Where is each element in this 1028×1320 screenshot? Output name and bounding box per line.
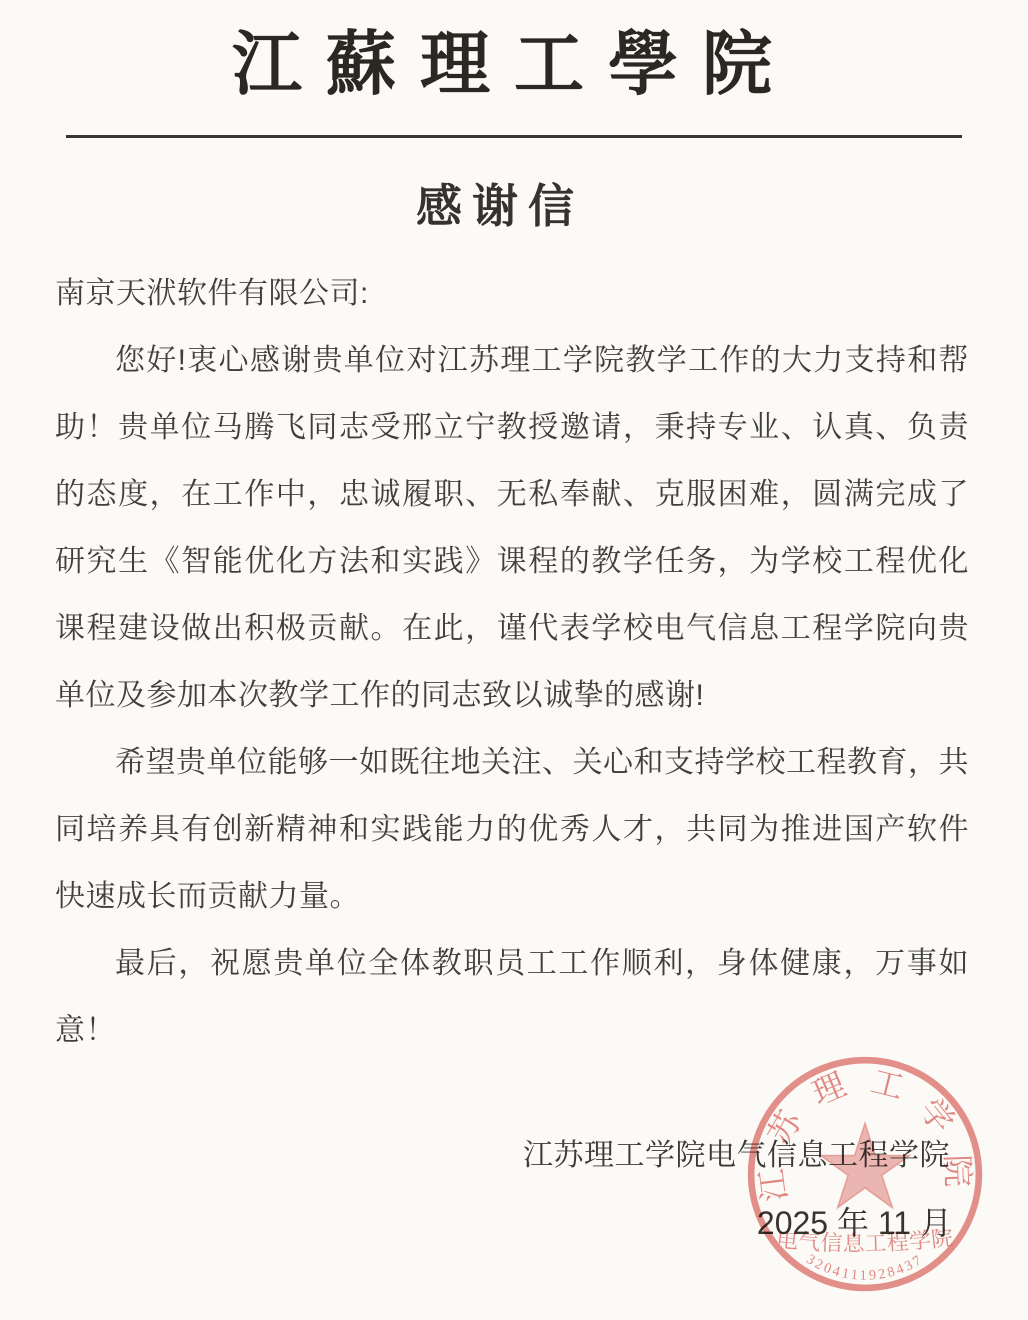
header-divider-line xyxy=(66,135,962,138)
letter-paragraph: 最后，祝愿贵单位全体教职员工工作顺利，身体健康，万事如意！ xyxy=(55,930,969,1064)
star-icon xyxy=(821,1123,910,1208)
salutation: 南京天洑软件有限公司: xyxy=(55,260,969,327)
university-calligraphy-title: 江蘇理工學院 xyxy=(0,12,1028,116)
letter-paragraph: 您好!衷心感谢贵单位对江苏理工学院教学工作的大力支持和帮助！贵单位马腾飞同志受邢… xyxy=(55,327,969,729)
seal-arc-char: 江 xyxy=(755,1167,795,1204)
letter-body: 南京天洑软件有限公司: 您好!衷心感谢贵单位对江苏理工学院教学工作的大力支持和帮… xyxy=(55,260,969,1064)
letter-paragraph: 希望贵单位能够一如既往地关注、关心和支持学校工程教育，共同培养具有创新精神和实践… xyxy=(55,729,969,930)
letter-paragraphs: 您好!衷心感谢贵单位对江苏理工学院教学工作的大力支持和帮助！贵单位马腾飞同志受邢… xyxy=(55,327,969,1064)
seal-department-text: 电气信息工程学院 xyxy=(775,1226,954,1256)
seal-arc-char: 院 xyxy=(938,1154,976,1188)
official-seal-stamp: 江苏理工学院 电气信息工程学院 3204111928437 xyxy=(743,1052,987,1296)
seal-arc-char: 工 xyxy=(867,1064,907,1107)
letter-page: 江蘇理工學院 感谢信 南京天洑软件有限公司: 您好!衷心感谢贵单位对江苏理工学院… xyxy=(0,0,1028,1320)
letter-title: 感谢信 xyxy=(0,178,1014,234)
